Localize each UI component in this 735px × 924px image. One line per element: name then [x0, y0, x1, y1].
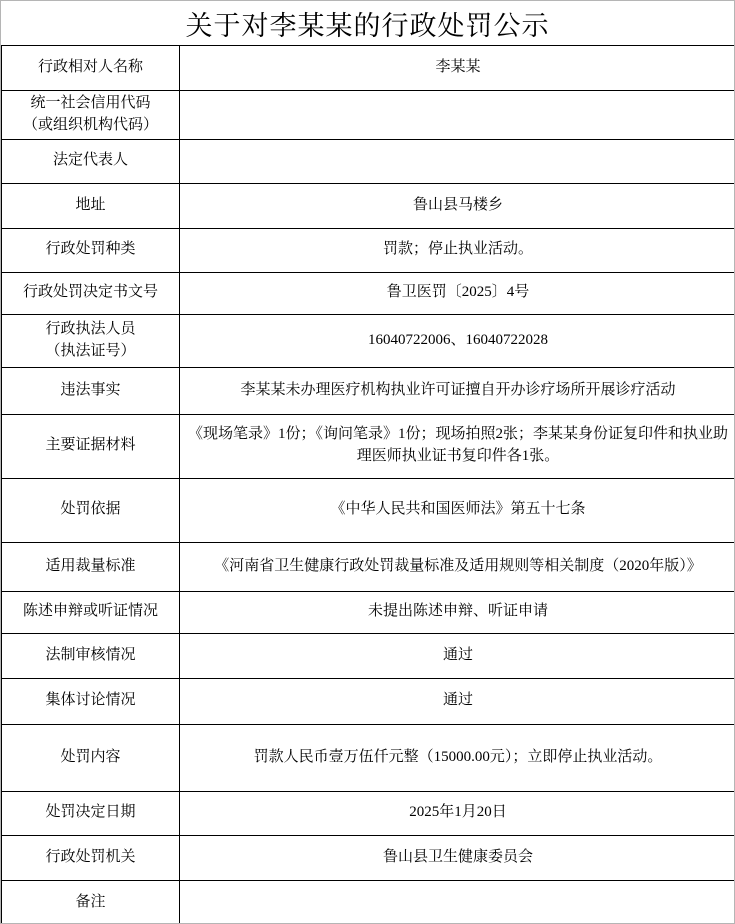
- row-label: 法定代表人: [2, 139, 180, 183]
- row-label: 行政处罚机关: [2, 835, 180, 880]
- row-value: [180, 139, 735, 183]
- row-value: [180, 880, 735, 924]
- row-label: 主要证据材料: [2, 414, 180, 478]
- table-row: 统一社会信用代码 （或组织机构代码）: [2, 91, 735, 140]
- row-value: [180, 91, 735, 140]
- row-value: 罚款人民币壹万伍仟元整（15000.00元）；立即停止执业活动。: [180, 724, 735, 791]
- table-row: 陈述申辩或听证情况 未提出陈述申辩、听证申请: [2, 591, 735, 633]
- row-label: 处罚依据: [2, 478, 180, 542]
- row-value: 2025年1月20日: [180, 791, 735, 835]
- row-value: 《中华人民共和国医师法》第五十七条: [180, 478, 735, 542]
- title-band: 关于对李某某的行政处罚公示: [1, 1, 734, 45]
- table-row: 行政处罚机关 鲁山县卫生健康委员会: [2, 835, 735, 880]
- penalty-table: 行政相对人名称 李某某 统一社会信用代码 （或组织机构代码） 法定代表人 地址 …: [1, 45, 735, 924]
- table-row: 违法事实 李某某未办理医疗机构执业许可证擅自开办诊疗场所开展诊疗活动: [2, 367, 735, 414]
- row-label: 地址: [2, 183, 180, 228]
- table-row: 法制审核情况 通过: [2, 633, 735, 678]
- row-value: 16040722006、16040722028: [180, 314, 735, 367]
- table-row: 主要证据材料 《现场笔录》1份；《询问笔录》1份；现场拍照2张；李某某身份证复印…: [2, 414, 735, 478]
- row-value: 李某某未办理医疗机构执业许可证擅自开办诊疗场所开展诊疗活动: [180, 367, 735, 414]
- row-label: 统一社会信用代码 （或组织机构代码）: [2, 91, 180, 140]
- row-label: 陈述申辩或听证情况: [2, 591, 180, 633]
- row-value: 鲁山县卫生健康委员会: [180, 835, 735, 880]
- row-label: 行政处罚决定书文号: [2, 272, 180, 314]
- table-row: 行政处罚种类 罚款；停止执业活动。: [2, 228, 735, 272]
- row-value: 《现场笔录》1份；《询问笔录》1份；现场拍照2张；李某某身份证复印件和执业助理医…: [180, 414, 735, 478]
- row-label: 行政处罚种类: [2, 228, 180, 272]
- table-row: 适用裁量标准 《河南省卫生健康行政处罚裁量标准及适用规则等相关制度（2020年版…: [2, 542, 735, 591]
- row-value: 未提出陈述申辩、听证申请: [180, 591, 735, 633]
- table-row: 处罚依据 《中华人民共和国医师法》第五十七条: [2, 478, 735, 542]
- row-label: 处罚决定日期: [2, 791, 180, 835]
- penalty-notice-document: 关于对李某某的行政处罚公示 行政相对人名称 李某某 统一社会信用代码 （或组织机…: [0, 0, 735, 924]
- table-row: 行政相对人名称 李某某: [2, 46, 735, 91]
- row-value: 通过: [180, 633, 735, 678]
- row-value: 鲁卫医罚〔2025〕4号: [180, 272, 735, 314]
- row-value: 罚款；停止执业活动。: [180, 228, 735, 272]
- row-label: 备注: [2, 880, 180, 924]
- table-row: 集体讨论情况 通过: [2, 678, 735, 724]
- table-row: 地址 鲁山县马楼乡: [2, 183, 735, 228]
- table-row: 行政处罚决定书文号 鲁卫医罚〔2025〕4号: [2, 272, 735, 314]
- row-label: 处罚内容: [2, 724, 180, 791]
- page-title: 关于对李某某的行政处罚公示: [186, 4, 550, 43]
- row-label: 法制审核情况: [2, 633, 180, 678]
- row-value: 《河南省卫生健康行政处罚裁量标准及适用规则等相关制度（2020年版）》: [180, 542, 735, 591]
- table-row: 备注: [2, 880, 735, 924]
- row-label: 行政相对人名称: [2, 46, 180, 91]
- table-row: 行政执法人员 （执法证号） 16040722006、16040722028: [2, 314, 735, 367]
- table-row: 法定代表人: [2, 139, 735, 183]
- table-row: 处罚内容 罚款人民币壹万伍仟元整（15000.00元）；立即停止执业活动。: [2, 724, 735, 791]
- table-row: 处罚决定日期 2025年1月20日: [2, 791, 735, 835]
- row-value: 鲁山县马楼乡: [180, 183, 735, 228]
- row-label: 集体讨论情况: [2, 678, 180, 724]
- row-value: 通过: [180, 678, 735, 724]
- row-value: 李某某: [180, 46, 735, 91]
- row-label: 行政执法人员 （执法证号）: [2, 314, 180, 367]
- row-label: 适用裁量标准: [2, 542, 180, 591]
- row-label: 违法事实: [2, 367, 180, 414]
